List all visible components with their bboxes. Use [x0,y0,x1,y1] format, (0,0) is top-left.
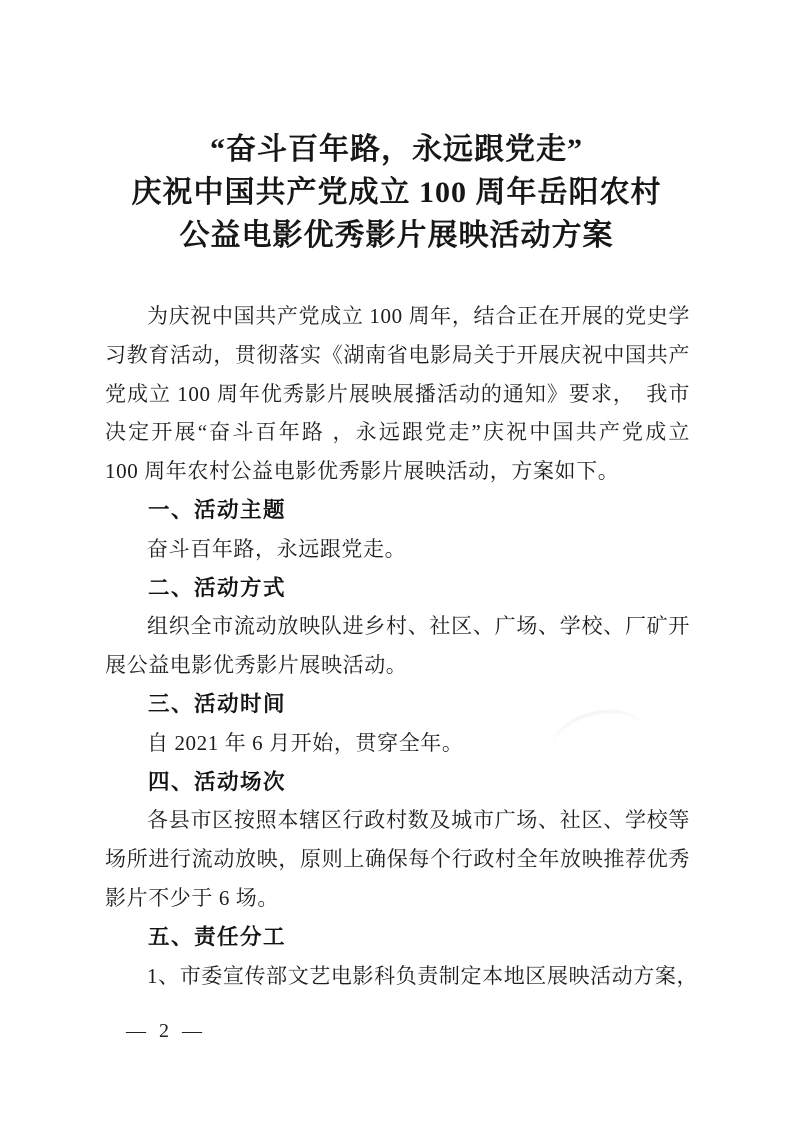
section-heading-4: 四、活动场次 [105,763,690,802]
intro-line-5: 100 周年农村公益电影优秀影片展映活动，方案如下。 [105,452,690,491]
section-heading-5: 五、责任分工 [105,918,690,957]
page-footer: — 2 — [126,1020,206,1043]
section-2-line-2: 展公益电影优秀影片展映活动。 [105,646,690,685]
page-number: — 2 — [126,1020,206,1042]
document-title: “奋斗百年路，永远跟党走” 庆祝中国共产党成立 100 周年岳阳农村 公益电影优… [60,128,733,257]
intro-line-3: 党成立 100 周年优秀影片展映展播活动的通知》要求， 我市 [105,375,690,414]
section-5-line-1: 1、市委宣传部文艺电影科负责制定本地区展映活动方案， [105,957,690,996]
section-4-line-3: 影片不少于 6 场。 [105,879,690,918]
title-line-2: 庆祝中国共产党成立 100 周年岳阳农村 [60,171,733,214]
section-heading-1: 一、活动主题 [105,491,690,530]
title-line-3: 公益电影优秀影片展映活动方案 [60,214,733,257]
section-4-line-2: 场所进行流动放映，原则上确保每个行政村全年放映推荐优秀 [105,840,690,879]
section-1-line-1: 奋斗百年路，永远跟党走。 [105,530,690,569]
section-heading-3: 三、活动时间 [105,685,690,724]
section-2-line-1: 组织全市流动放映队进乡村、社区、广场、学校、厂矿开 [105,607,690,646]
intro-line-4: 决定开展“奋斗百年路 ，永远跟党走”庆祝中国共产党成立 [105,413,690,452]
title-line-1: “奋斗百年路，永远跟党走” [60,128,733,171]
section-3-line-1: 自 2021 年 6 月开始，贯穿全年。 [105,724,690,763]
intro-line-2: 习教育活动，贯彻落实《湖南省电影局关于开展庆祝中国共产 [105,336,690,375]
section-heading-2: 二、活动方式 [105,569,690,608]
section-4-line-1: 各县市区按照本辖区行政村数及城市广场、社区、学校等 [105,801,690,840]
intro-line-1: 为庆祝中国共产党成立 100 周年，结合正在开展的党史学 [105,297,690,336]
scanned-document-page: “奋斗百年路，永远跟党走” 庆祝中国共产党成立 100 周年岳阳农村 公益电影优… [0,0,793,1121]
document-body: 为庆祝中国共产党成立 100 周年，结合正在开展的党史学 习教育活动，贯彻落实《… [105,297,690,995]
